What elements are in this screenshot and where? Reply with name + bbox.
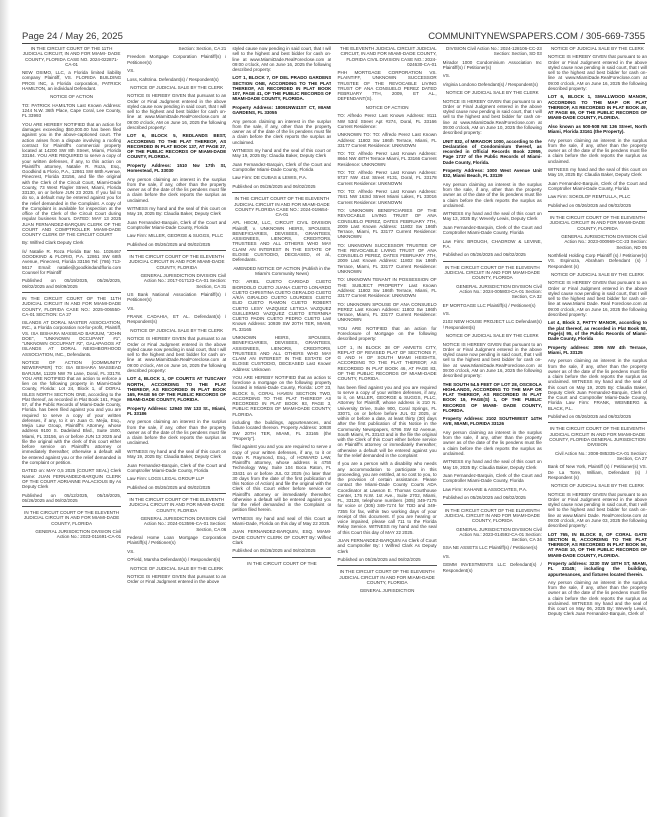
notice-paragraph: Any person claiming an interest in the s… (232, 119, 331, 145)
case-info: GENERAL JURISDICTION DIVISION Civil Acti… (548, 234, 647, 250)
page-gutter-shadow (0, 0, 10, 817)
notice-paragraph: YOU ARE NOTIFIED that an action for Fore… (337, 326, 436, 342)
notice-paragraph: styled cause now pending in said court, … (232, 46, 331, 72)
notice-paragraph: WITNESS my hand and the seal of this cou… (443, 211, 542, 222)
notice-paragraph: Published on 05/26/2025 and 06/02/2025 (127, 485, 226, 490)
notice-paragraph: VS. (443, 73, 542, 78)
notice-paragraph: Juan Fernandez-Barquin, Clerk of the Cou… (232, 162, 331, 173)
notice-paragraph: Published on 05/26/2025 and 06/02/2025 (443, 252, 542, 257)
notice-paragraph: Published on 05/26/2025 and 06/02/2025 (232, 184, 331, 189)
notice-paragraph: TO: ARIEL CUETO CARIDAD CUETO BIORDOLO C… (232, 279, 331, 332)
notice-paragraph: YOU ARE HEREBY NOTIFIED that an action t… (232, 375, 331, 417)
notice-paragraph: SSA NE ASSETS LLC Plaintiff(s) / Petitio… (443, 545, 542, 550)
notice-paragraph: Any person claiming an interest in the s… (548, 580, 647, 617)
site-url-phone: COMMUNITYNEWSPAPERS.COM / 305-669-7355 (428, 31, 645, 42)
notice-paragraph: Published on 05/19/2025, 05/26/2025, 06/… (22, 278, 121, 289)
notice-heading: IN THE CIRCUIT COURT OF THE ELEVENTH JUD… (127, 254, 226, 270)
notice-paragraph: Law Firm: DE CUBAS & LEWIS, P.A. (232, 175, 331, 180)
column-6: NOTICE OF JUDICIAL SALE BY THE CLERKNOTI… (548, 46, 647, 815)
case-info: GENERAL JURISDICTION DIVISION Civil Acti… (443, 527, 542, 543)
notice-paragraph: LOT 1, IN BLOCK 38 OF AMVETS CITY, REPLA… (337, 345, 436, 382)
notice-heading: GENERAL JURISDICTION (337, 588, 436, 593)
legal-description: Lot 4, Block 2, PATTY MANOR, according t… (548, 320, 647, 341)
legal-description: LOT 6, BLOCK 1, SMALLWOOD MANOR, ACCORDI… (548, 94, 647, 120)
notice-heading: IN THE CIRCUIT COURT OF THE 11TH JUDICIA… (22, 46, 121, 67)
notice-paragraph: JUAN FERNANDEZ-BARQUIN As Clerk of Court… (337, 538, 436, 554)
notice-heading: IN THE CIRCUIT COURT OF THE ELEVENTH JUD… (443, 508, 542, 524)
notice-heading: AMENDED NOTICE OF ACTION (Publish in the… (232, 266, 331, 277)
notice-heading: IN THE CIRCUIT COURT OF THE ELEVENTH JUD… (337, 569, 436, 585)
legal-description: Also known as 500-508 NE 136 Street, Nor… (548, 124, 647, 135)
notice-paragraph: ISLANDS AT DORAL MASTER ASSOCIATION, INC… (22, 320, 121, 357)
notice-heading: IN THE CIRCUIT COURT OF THE ELEVENTH JUD… (22, 510, 121, 526)
notice-heading: NOTICE OF JUDICIAL SALE BY THE CLERK (548, 483, 647, 488)
notice-paragraph: NOTICE IS HEREBY GIVEN that pursuant to … (548, 280, 647, 317)
legal-description: Property address: 3230 SW 18TH ST, MIAMI… (548, 561, 647, 577)
legal-description: LOT 765, IN BLOCK 8, OF CORAL GATE SECTI… (548, 532, 647, 558)
notice-divider (127, 493, 226, 494)
notice-paragraph: Juan Fernandez-Barquin, Clerk of the Cou… (127, 463, 226, 474)
notice-paragraph: /s/ Natalie R. Roza Florida Bar No. 1026… (22, 249, 121, 275)
case-info: GENERAL JURISDICTION DIVISION Civil Acti… (127, 273, 226, 289)
legal-description: Property Address: 12940 SW 133 St., Miam… (127, 406, 226, 417)
notice-paragraph: Juan Fernandez-Barquin, Clerk of the Cou… (443, 473, 542, 484)
page-number-date: Page 24 / May 26, 2025 (22, 31, 123, 42)
legal-description: LOT 1, BLOCK 7, OF DEL PRADO GARDENS SEC… (232, 75, 331, 101)
notice-heading: IN THE CIRCUIT COURT OF THE (232, 561, 331, 566)
notice-paragraph: Law Firm: KAHANE & ASSOCIATES, P.A. (443, 487, 542, 492)
notice-heading: NOTICE OF ACTION (22, 94, 121, 99)
notice-paragraph: NOTICE IS HEREBY GIVEN that pursuant to … (127, 336, 226, 373)
notice-paragraph: Law Firm: MILLER, GEORGE & SUGGS, PLLC (127, 233, 226, 238)
notice-paragraph: Published on 05/26/2025 and 06/02/2025 (232, 548, 331, 553)
notice-heading: NOTICE OF JUDICIAL SALE BY THE CLERK (127, 328, 226, 333)
column-2: Section: Section, CA 21Freedom Mortgage … (127, 46, 226, 815)
column-1: IN THE CIRCUIT COURT OF THE 11TH JUDICIA… (22, 46, 121, 815)
legal-description: Property Address: 18091NW41ST CT, MIAMI … (232, 105, 331, 116)
notice-paragraph: TO: PATRICK HAMILTON Last Known Address:… (22, 103, 121, 119)
notice-paragraph: FRANK CADAHIA, ET AL. Defendant(s) / Res… (127, 314, 226, 325)
legal-notices-columns: IN THE CIRCUIT COURT OF THE 11TH JUDICIA… (22, 46, 647, 815)
case-info: Civil Action No.: 2008-085335-CA-01 Sect… (548, 451, 647, 462)
notice-paragraph: Juan Fernandez-Barquin, Clerk of the Cou… (548, 181, 647, 192)
notice-paragraph: Published on 05/26/2025 and 06/02/2025 (337, 557, 436, 562)
notice-paragraph: Published on 05/12/2025, 05/19/2025, 05/… (22, 493, 121, 504)
legal-description: UNIT 832, of MIRADOR 1000, according to … (443, 139, 542, 165)
notice-paragraph: VS. (443, 554, 542, 559)
notice-paragraph: including the buildings, appurtenances, … (232, 420, 331, 441)
notice-paragraph: DATED on: MAY 0,5 2025 (COURT SEAL) Cler… (22, 468, 121, 489)
notice-paragraph: NOTICE IS HEREBY GIVEN that pursuant to … (127, 574, 226, 585)
notice-paragraph: Federal Home Loan Mortgage Corporation P… (127, 535, 226, 546)
notice-paragraph: O'Field, Marsha Defendant(s) / Responden… (127, 557, 226, 562)
notice-paragraph: Published on 05/26/2025 and 06/02/2025 (443, 495, 542, 500)
notice-heading: IN THE CIRCUIT COURT OF THE ELEVENTH JUD… (443, 265, 542, 281)
notice-heading: NOTICE OF JUDICIAL SALE BY THE CLERK (443, 333, 542, 338)
notice-paragraph: GEMM INVESTMENTS LLC Defendant(s) / Resp… (443, 562, 542, 573)
notice-paragraph: VS. (127, 68, 226, 73)
notice-heading: IN THE CIRCUIT COURT OF THE ELEVENTH JUD… (548, 215, 647, 231)
notice-paragraph: WITNESS my hand and the seal of this cou… (127, 449, 226, 460)
notice-paragraph: Any person claiming an interest in the s… (127, 177, 226, 203)
notice-divider (548, 211, 647, 212)
notice-paragraph: TO: Alfredo Perez Last Known Address: 81… (337, 113, 436, 129)
notice-paragraph: Law Firm: BROUGH, CHADROW & LEVINE, P.A. (443, 239, 542, 250)
notice-paragraph: filed against you and you are required t… (232, 444, 331, 512)
notice-paragraph: US Bank National Association Plaintiff(s… (127, 292, 226, 303)
notice-paragraph: Any person claiming an interest in the s… (443, 430, 542, 456)
case-info: DIVISION Civil Action No.: 2024-128106-C… (443, 46, 542, 57)
notice-paragraph: AFL HECM, LLC, CIRCUIT CIVIL DIVISION Pl… (232, 220, 331, 262)
column-4: THE ELEVENTH JUDICIAL CIRCUIT JUDICIAL C… (337, 46, 436, 815)
notice-heading: IN THE CIRCUIT COURT OF THE ELEVENTH JUD… (548, 426, 647, 447)
notice-paragraph: EF MORTGAGE LLC Plaintiff(s) / Petitione… (443, 303, 542, 308)
legal-description: LOT 4, BLOCK 1, OF COURTS AT TUSCANY NOR… (127, 376, 226, 402)
notice-divider (22, 292, 121, 293)
notice-paragraph: Any person claiming an interest in the s… (443, 182, 542, 208)
notice-paragraph: Published on 05/26/2025 and 06/02/2025 (127, 242, 226, 247)
notice-paragraph: NEW OSIMO, LLC, a Florida limited liabil… (22, 70, 121, 91)
notice-paragraph: Virginia Londono Defendant(s) / Responde… (443, 82, 542, 87)
notice-paragraph: NOTICE IS HEREBY GIVEN that pursuant to … (127, 93, 226, 130)
notice-divider (443, 504, 542, 505)
notice-paragraph: VS. (127, 306, 226, 311)
notice-paragraph: TO: UNKNOWN SUCCESSOR TRUSTEE OF THE REV… (337, 243, 436, 275)
legal-description: LOT 6, BLOCK 5, REDLANDS BEST, ACCORDING… (127, 133, 226, 159)
notice-paragraph: Northfield Holding Corp Plaintiff (s) / … (548, 253, 647, 269)
notice-paragraph: NOTICE IS HEREBY GIVEN that pursuant to … (443, 99, 542, 136)
case-info: GENERAL JURISDICTION DIVISION Civil Acti… (443, 284, 542, 300)
legal-description: Property Address: 1000 West Avenue Unit … (443, 168, 542, 179)
notice-divider (232, 557, 331, 558)
notice-heading: NOTICE OF JUDICIAL SALE BY THE CLERK (548, 272, 647, 277)
notice-paragraph: Mirador 1000 Condominium Association Inc… (443, 60, 542, 71)
notice-paragraph: UNKNOWN HEIRS, SPOUSES, BENEFICIARIES, D… (232, 335, 331, 372)
notice-paragraph: PHH MORTGAGE CORPORATION VS. PLAINTIFF, … (337, 70, 436, 102)
notice-paragraph: Law Firm: SOKOLOF REMTULLA, PLLC (548, 194, 647, 199)
notice-paragraph: 2102 NEW HOUSE PROJECT LLC Defendant(s) … (443, 319, 542, 330)
notice-heading: NOTICE OF JUDICIAL SALE BY THE CLERK (443, 90, 542, 95)
notice-paragraph: WITNESS my hand and seal of this Court a… (232, 516, 331, 527)
notice-paragraph: IN THE CIRCUIT COURT OF THE 11TH JUDICIA… (22, 296, 121, 317)
notice-paragraph: TO: UNKNOWN BENEFICIARIES OF THE REVOCAB… (337, 208, 436, 240)
notice-paragraph: Any person claiming an interest in the s… (548, 138, 647, 164)
column-5: DIVISION Civil Action No.: 2024-128106-C… (443, 46, 542, 815)
legal-description: THE SOUTH 54.5 FEET OF LOT 28, OSCEOLA H… (443, 382, 542, 414)
notice-heading: IN THE CIRCUIT COURT OF THE ELEVENTH JUD… (232, 196, 331, 217)
notice-paragraph: Published on 05/26/2025 and 06/02/2025 (548, 414, 647, 419)
notice-paragraph: NOTICE IS HEREBY GIVEN that pursuant to … (548, 492, 647, 529)
notice-paragraph: Published on 05/26/2025 and 06/02/2025 (548, 203, 647, 208)
notice-heading: NOTICE OF ACTION (337, 105, 436, 110)
notice-paragraph: NOTICE IS HEREBY GIVEN that pursuant to … (443, 342, 542, 379)
legal-description: Property Address: 1510 Nw 17th St, Homes… (127, 163, 226, 174)
notice-divider (232, 192, 331, 193)
notice-paragraph: JUAN FERNANDEZ-BARQUIN, ESQ. MIAMI-DADE … (232, 529, 331, 545)
notice-paragraph: TO: TO: Alfredo Perez Last Known Address… (337, 170, 436, 186)
notice-paragraph: NOTICE IS HEREBY GIVEN that pursuant to … (548, 54, 647, 91)
notice-paragraph: WITNESS my hand and the seal of this cou… (548, 167, 647, 178)
notice-paragraph: TO: TO: Alfredo Perez Last Known Address… (337, 189, 436, 205)
notice-paragraph: WITNESS my hand and the seal of this cou… (232, 148, 331, 159)
notice-paragraph: VS. (127, 549, 226, 554)
notice-heading: NOTICE OF JUDICIAL SALE BY THE CLERK (127, 566, 226, 571)
notice-divider (127, 250, 226, 251)
notice-paragraph: Juan Fernandez-Barquin, Clerk of the Cou… (443, 225, 542, 236)
notice-paragraph: Any person claiming an interest in the s… (548, 358, 647, 411)
notice-paragraph: WITNESS my hand and the seal of this cou… (127, 206, 226, 217)
notice-divider (548, 422, 647, 423)
notice-paragraph: NOTICE OF ACTION (COMMUNITY NEWSPAPER) T… (22, 360, 121, 465)
notice-paragraph: YOU ARE HEREBY NOTIFIED that an action f… (22, 122, 121, 238)
case-info: GENERAL JURISDICTION DIVISION Civil Acti… (127, 516, 226, 532)
notice-paragraph: TO: TO: Alfredo Perez Last Known Address… (337, 151, 436, 167)
notice-paragraph: Freedom Mortgage Corporation Plaintiff(s… (127, 54, 226, 65)
notice-paragraph: Law Firm: LOGS LEGAL GROUP LLP (127, 476, 226, 481)
notice-paragraph: TO: UNKNOWN TENANT IN POSSESSION OF THE … (337, 277, 436, 298)
notice-paragraph: Loss, Kahtrina. Defendant(s) / Responden… (127, 77, 226, 82)
page-header: Page 24 / May 26, 2025 COMMUNITYNEWSPAPE… (22, 28, 645, 44)
case-info: Section: Section, CA 21 (127, 46, 226, 51)
notice-paragraph: has been filed against you and you are r… (337, 385, 436, 459)
notice-divider (337, 565, 436, 566)
notice-paragraph: TO: UNKNOWN SPOUSE OF ANA CONSUELO PEREZ… (337, 302, 436, 323)
notice-divider (22, 506, 121, 507)
notice-paragraph: By: Wilfred Clark Deputy Clerk (22, 240, 121, 245)
notice-paragraph: Juan Fernandez-Barquin, Clerk of the Cou… (127, 220, 226, 231)
notice-paragraph: Bank Of New York, Plaintiff (s) / Petiti… (548, 464, 647, 480)
notice-heading: IN THE CIRCUIT COURT OF THE ELEVENTH JUD… (127, 497, 226, 513)
legal-description: Property Address: 2102 SOUTHWEST 14TH AV… (443, 416, 542, 427)
notice-paragraph: If you are a person with a disability wh… (337, 461, 436, 535)
notice-heading: NOTICE OF JUDICIAL SALE BY THE CLERK (548, 46, 647, 51)
notice-heading: NOTICE OF JUDICIAL SALE BY THE CLERK (127, 85, 226, 90)
notice-divider (443, 261, 542, 262)
notice-paragraph: WITNESS my hand and the seal of this cou… (443, 459, 542, 470)
notice-paragraph: UNKNOWN TO: TO: Alfredo Perez Last Known… (337, 132, 436, 148)
notice-paragraph: Any person claiming an interest in the s… (127, 419, 226, 445)
legal-description: Property address: 3095 NW 4th Terrace, M… (548, 345, 647, 356)
column-3: styled cause now pending in said court, … (232, 46, 331, 815)
notice-paragraph: VS. (443, 311, 542, 316)
case-info: THE ELEVENTH JUDICIAL CIRCUIT JUDICIAL C… (337, 46, 436, 67)
case-info: GENERAL JURISDICTION DIVISION Civil Acti… (22, 529, 121, 540)
